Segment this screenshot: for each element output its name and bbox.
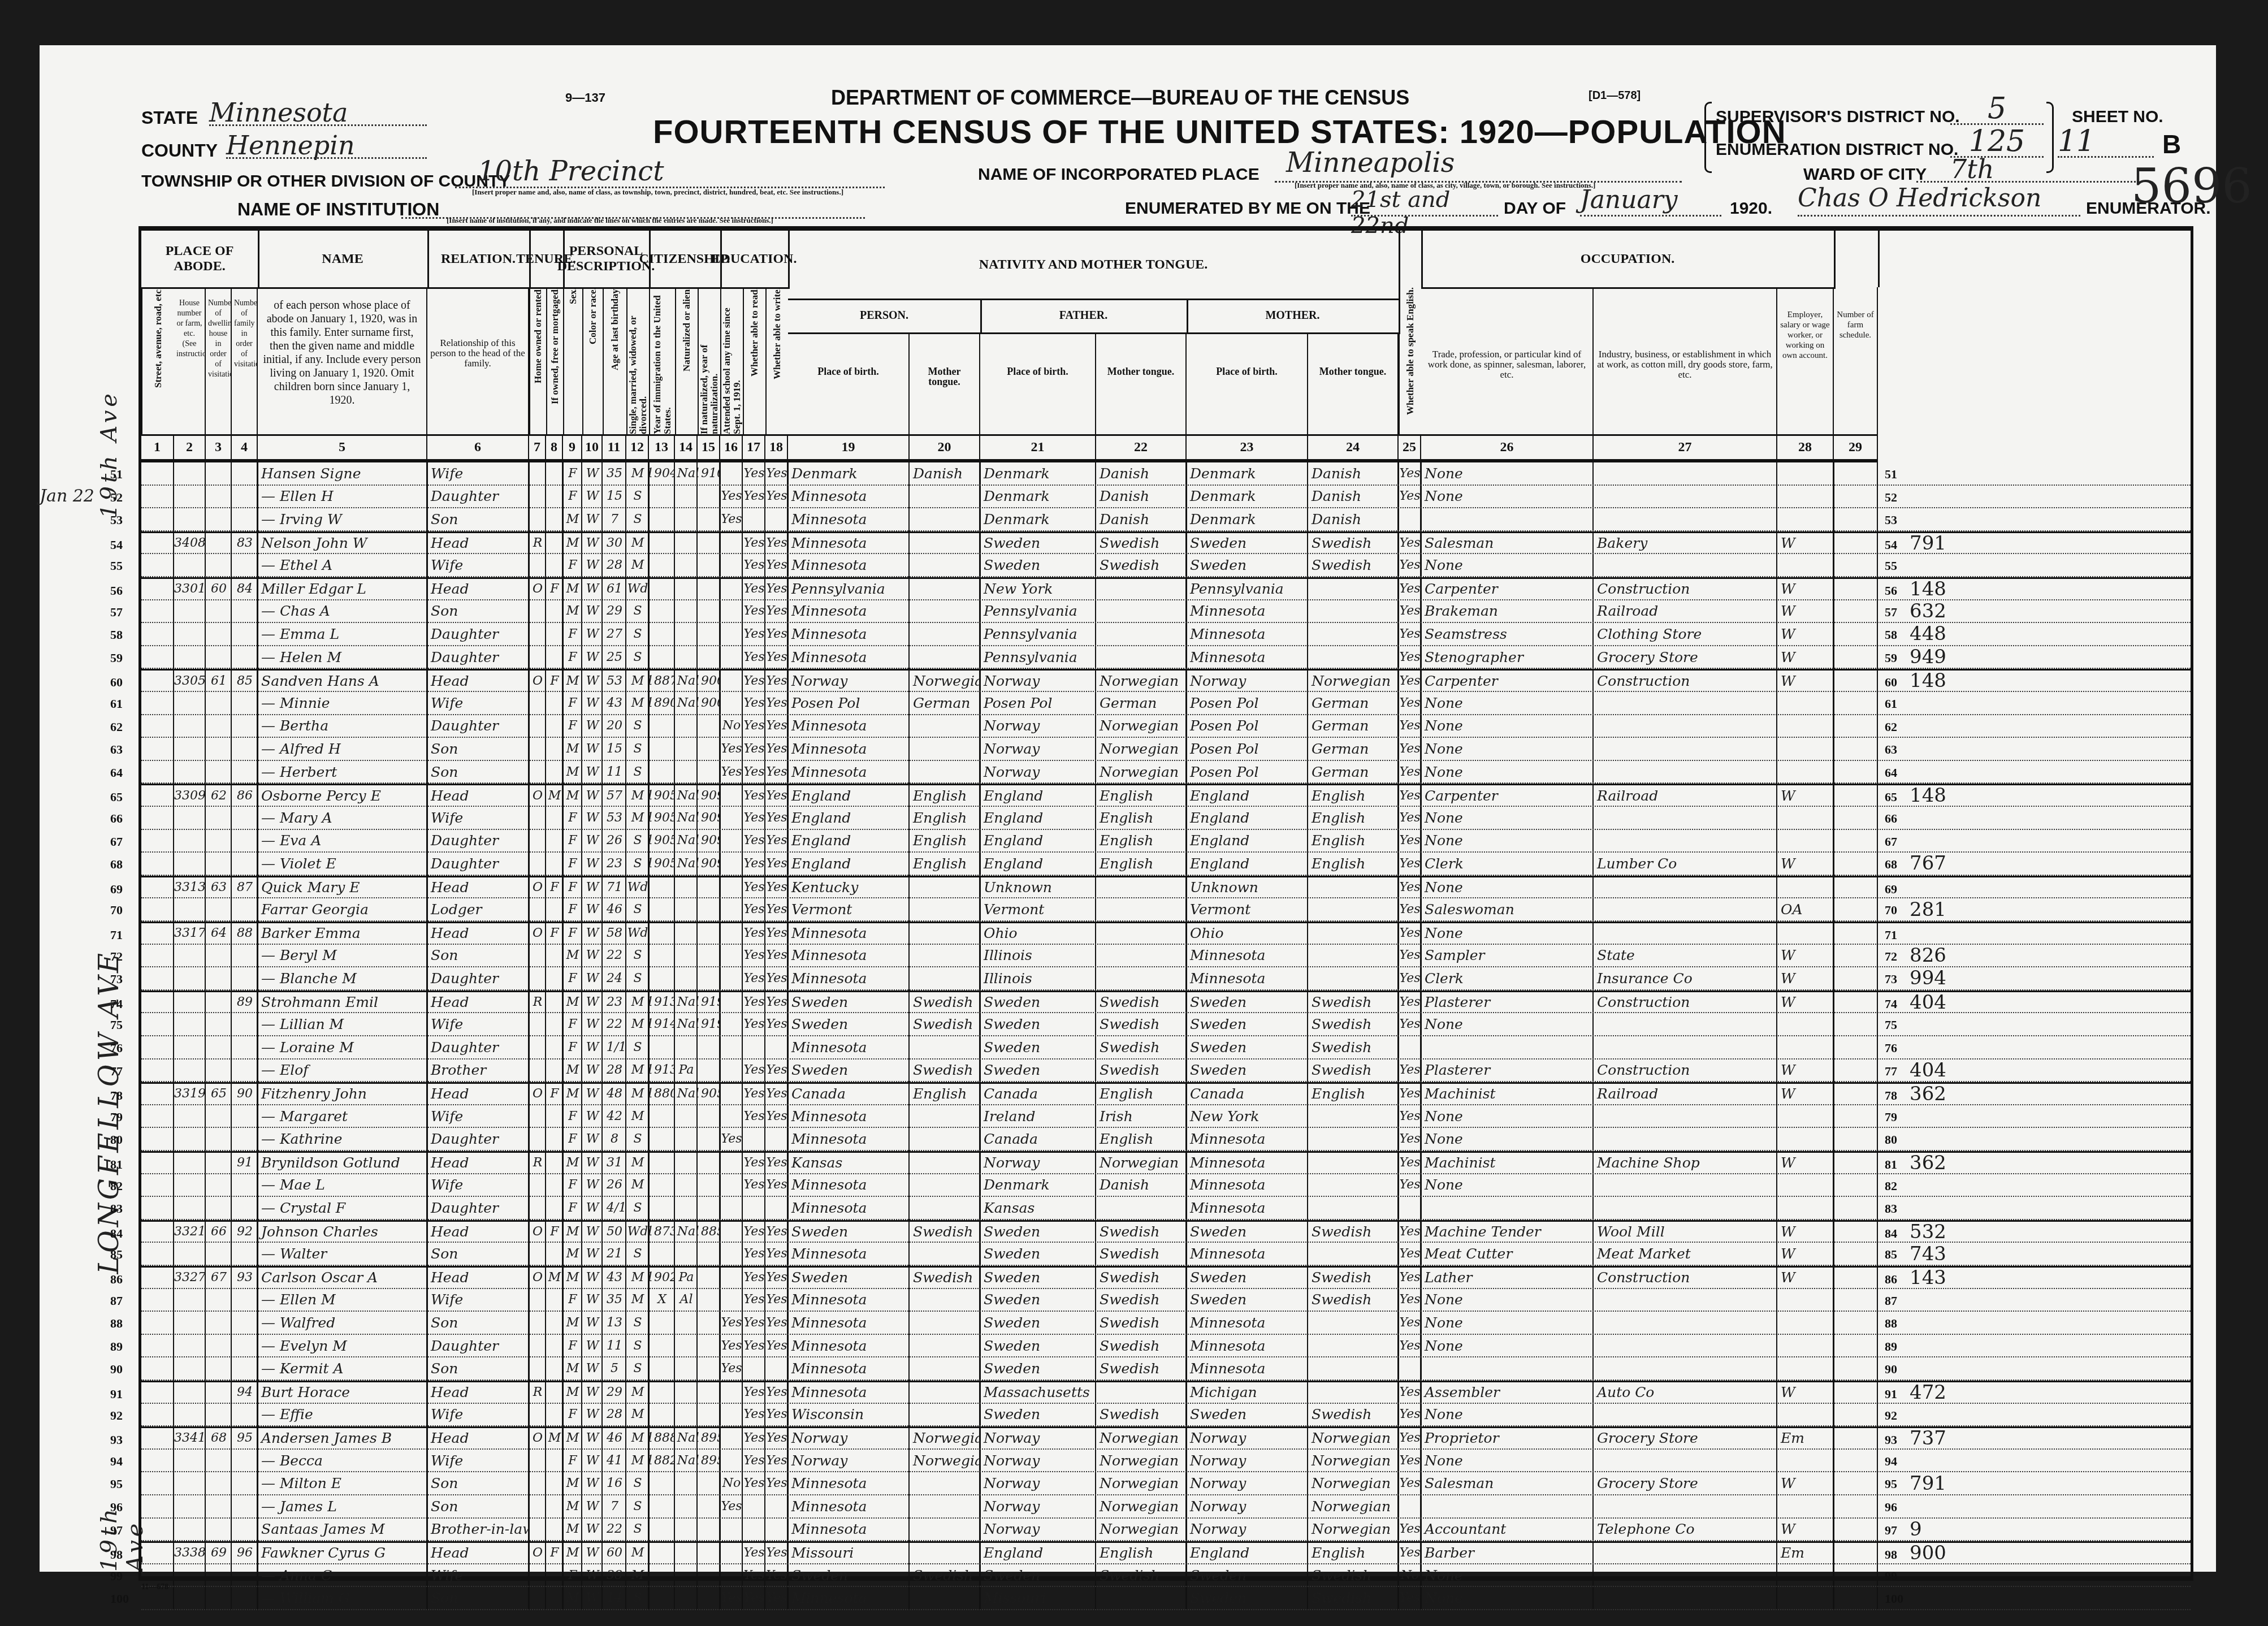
cell-pob: Minnesota <box>788 1382 910 1403</box>
line-number: 83 <box>110 1201 123 1216</box>
cell-tongue <box>910 1197 980 1219</box>
cell-mort <box>546 1357 563 1379</box>
ed-field: 125 <box>1950 124 2044 158</box>
cell-f_tongue: Swedish <box>1096 1268 1187 1288</box>
table-row: 7575— Lillian MWifeFW22M1914Na1919YesYes… <box>141 1013 2191 1036</box>
cell-school <box>720 992 743 1013</box>
cell-name: — Beryl M <box>258 945 427 967</box>
cell-sex: M <box>563 1587 582 1609</box>
line-number: 71 <box>110 928 123 942</box>
cell-f_pob: Sweden <box>980 1357 1096 1379</box>
cell-school <box>720 1222 743 1242</box>
cell-natyr <box>698 1335 720 1357</box>
cell-race: W <box>582 1450 603 1472</box>
table-row: 5252— Ellen HDaughterFW15SYesYesYesMinne… <box>141 486 2191 509</box>
cell-age: 26 <box>603 1174 626 1196</box>
line-number-right: 87 <box>1885 1294 1897 1308</box>
line-number-right: 52 <box>1885 490 1897 505</box>
cell-race: W <box>582 554 603 576</box>
column-number-28: 28 <box>1777 434 1834 462</box>
column-header-10: Color or race. <box>582 287 603 434</box>
census-title: FOURTEENTH CENSUS OF THE UNITED STATES: … <box>653 113 1786 151</box>
cell-relation: Son <box>427 1472 529 1494</box>
cell-f_tongue <box>1096 579 1187 599</box>
cell-natyr <box>698 508 720 530</box>
cell-age: 13 <box>603 1312 626 1334</box>
cell-f_pob: Norway <box>980 1495 1096 1517</box>
column-number-5: 5 <box>258 434 427 462</box>
cell-read: Yes <box>743 945 765 967</box>
cell-race: W <box>582 1428 603 1448</box>
column-number-27: 27 <box>1594 434 1777 462</box>
cell-write: Yes <box>765 1289 788 1311</box>
column-header-23: Place of birth. <box>1187 332 1308 434</box>
cell-m_tongue: Norwegian <box>1308 1495 1399 1517</box>
cell-write: Yes <box>765 715 788 737</box>
cell-name: — Becca <box>258 1450 427 1472</box>
cell-family: 96 <box>232 1543 258 1563</box>
cell-sex: F <box>563 830 582 852</box>
cell-code: 148 <box>1906 785 1957 806</box>
cell-sex: M <box>563 785 582 806</box>
cell-m_pob: New York <box>1187 1105 1308 1127</box>
line-number-right: 77 <box>1885 1064 1897 1079</box>
cell-imm: 1905 <box>649 807 675 829</box>
cell-age: 46 <box>603 1428 626 1448</box>
cell-imm <box>649 1587 675 1609</box>
cell-mort: F <box>546 877 563 898</box>
cell-natyr <box>698 1197 720 1219</box>
cell-english: Yes <box>1399 715 1421 737</box>
cell-industry <box>1594 554 1777 576</box>
cell-pob: Canada <box>788 1084 910 1104</box>
line-number-right: 97 <box>1885 1523 1897 1538</box>
cell-natyr: 1900 <box>698 692 720 714</box>
cell-name: — Irving W <box>258 508 427 530</box>
line-number: 79 <box>110 1110 123 1125</box>
cell-m_pob: Canada <box>1187 1084 1308 1104</box>
cell-natyr <box>698 1289 720 1311</box>
table-row: 6767— Eva ADaughterFW26S1905Na1909YesYes… <box>141 830 2191 853</box>
cell-mort: F <box>546 1084 563 1104</box>
cell-code: 826 <box>1906 945 1957 967</box>
cell-read: Yes <box>743 1060 765 1082</box>
cell-family <box>232 1564 258 1586</box>
cell-imm <box>649 967 675 989</box>
cell-name: — Kermit A <box>258 1357 427 1379</box>
cell-sex: M <box>563 533 582 553</box>
cell-read: Yes <box>743 1382 765 1403</box>
cell-name: — Mae L <box>258 1174 427 1196</box>
line-number-right: 55 <box>1885 559 1897 573</box>
cell-tongue <box>910 898 980 920</box>
line-number-right: 61 <box>1885 697 1897 711</box>
cell-relation: Wife <box>427 1013 529 1035</box>
column-header-29: Number of farm schedule. <box>1834 287 1878 434</box>
cell-trade: Carpenter <box>1421 785 1594 806</box>
cell-natyr <box>698 1519 720 1541</box>
cell-school <box>720 646 743 668</box>
cell-race: W <box>582 1084 603 1104</box>
cell-emp <box>1777 1197 1834 1219</box>
cell-tongue <box>910 715 980 737</box>
cell-pob: Minnesota <box>788 1174 910 1196</box>
cell-mort <box>546 738 563 760</box>
cell-trade: None <box>1421 692 1594 714</box>
table-row: 9494— BeccaWifeFW41M1882Na1895YesYesNorw… <box>141 1450 2191 1473</box>
cell-tongue: Swedish <box>910 1222 980 1242</box>
cell-dwelling <box>206 830 232 852</box>
line-number: 84 <box>110 1226 123 1241</box>
column-number-13: 13 <box>649 434 675 462</box>
cell-marital: M <box>626 1174 649 1196</box>
cell-name: — Violet E <box>258 853 427 875</box>
cell-owned <box>529 1243 546 1265</box>
cell-nat <box>675 877 698 898</box>
cell-owned <box>529 1060 546 1082</box>
cell-code: 994 <box>1906 967 1957 989</box>
cell-tongue: English <box>910 853 980 875</box>
cell-nat <box>675 738 698 760</box>
line-number-right: 96 <box>1885 1500 1897 1515</box>
cell-race: W <box>582 1243 603 1265</box>
cell-english: Yes <box>1399 738 1421 760</box>
line-number: 57 <box>110 605 123 620</box>
cell-family <box>232 462 258 485</box>
cell-nat <box>675 1357 698 1379</box>
cell-m_tongue: Danish <box>1308 462 1399 485</box>
cell-code <box>1906 1495 1957 1517</box>
cell-tongue <box>910 1472 980 1494</box>
column-number-7: 7 <box>529 434 546 462</box>
cell-m_tongue: Swedish <box>1308 1036 1399 1058</box>
cell-natyr <box>698 646 720 668</box>
cell-m_pob: Sweden <box>1187 1587 1308 1609</box>
cell-english: Yes <box>1399 1174 1421 1196</box>
cell-dwelling <box>206 945 232 967</box>
cell-imm <box>649 898 675 920</box>
cell-industry: State <box>1594 945 1777 967</box>
cell-marital: S <box>626 945 649 967</box>
cell-english: Yes <box>1399 600 1421 622</box>
cell-write: Yes <box>765 1243 788 1265</box>
cell-owned <box>529 1519 546 1541</box>
cell-pob: England <box>788 830 910 852</box>
cell-emp <box>1777 738 1834 760</box>
cell-marital: S <box>626 508 649 530</box>
cell-family <box>232 715 258 737</box>
cell-school <box>720 1105 743 1127</box>
cell-imm <box>649 554 675 576</box>
cell-mort <box>546 761 563 783</box>
day-of-label: DAY OF <box>1504 199 1566 218</box>
cell-nat: Na <box>675 1084 698 1104</box>
cell-code <box>1906 1404 1957 1426</box>
cell-m_tongue: Norwegian <box>1308 1519 1399 1541</box>
cell-tongue <box>910 1128 980 1150</box>
cell-race: W <box>582 646 603 668</box>
column-number-1: 1 <box>141 434 174 462</box>
sheet-field: 11 <box>2058 124 2154 158</box>
cell-natyr <box>698 923 720 944</box>
cell-industry <box>1594 738 1777 760</box>
cell-trade: Salesman <box>1421 533 1594 553</box>
cell-mort <box>546 1174 563 1196</box>
cell-english: Yes <box>1399 1128 1421 1150</box>
cell-nat: Na <box>675 692 698 714</box>
cell-race: W <box>582 1495 603 1517</box>
cell-tongue <box>910 1312 980 1334</box>
cell-age: 35 <box>603 1289 626 1311</box>
cell-read: Yes <box>743 967 765 989</box>
cell-house <box>174 1128 206 1150</box>
cell-marital: M <box>626 671 649 691</box>
cell-m_tongue: Norwegian <box>1308 1428 1399 1448</box>
cell-sex: F <box>563 877 582 898</box>
cell-imm <box>649 600 675 622</box>
cell-sex: F <box>563 554 582 576</box>
cell-imm <box>649 1404 675 1426</box>
cell-f_pob: Norway <box>980 715 1096 737</box>
cell-write <box>765 1519 788 1541</box>
table-row: 9292— EffieWifeFW28MYesYesWisconsinSwede… <box>141 1404 2191 1427</box>
column-header-7: Home owned or rented. <box>529 287 546 434</box>
cell-industry <box>1594 1450 1777 1472</box>
cell-school <box>720 898 743 920</box>
cell-imm <box>649 738 675 760</box>
cell-dwelling <box>206 486 232 508</box>
cell-relation: Daughter <box>427 830 529 852</box>
cell-sex: F <box>563 1564 582 1586</box>
cell-sex: M <box>563 600 582 622</box>
cell-school <box>720 600 743 622</box>
cell-code <box>1906 877 1957 898</box>
cell-race: W <box>582 600 603 622</box>
cell-natyr <box>698 1128 720 1150</box>
cell-name: Andersen James B <box>258 1428 427 1448</box>
cell-m_tongue <box>1308 967 1399 989</box>
cell-marital: M <box>626 1153 649 1173</box>
supervisor-label: SUPERVISOR'S DISTRICT NO. <box>1716 107 1960 127</box>
cell-imm <box>649 1519 675 1541</box>
cell-mort <box>546 1495 563 1517</box>
cell-age: 24 <box>603 967 626 989</box>
line-number-right: 59 <box>1885 651 1897 665</box>
cell-read <box>743 1128 765 1150</box>
cell-write: Yes <box>765 1060 788 1082</box>
cell-f_pob: Illinois <box>980 945 1096 967</box>
cell-f_tongue: Swedish <box>1096 533 1187 553</box>
cell-imm: 1904 <box>649 462 675 485</box>
cell-code <box>1906 692 1957 714</box>
line-number: 65 <box>110 790 123 805</box>
stamp-number: 5696 <box>2131 158 2252 214</box>
cell-trade: Proprietor <box>1421 1428 1594 1448</box>
cell-relation: Head <box>427 1153 529 1173</box>
cell-code <box>1906 508 1957 530</box>
table-row: 6161— MinnieWifeFW43M1890Na1900YesYesPos… <box>141 692 2191 715</box>
sheet-label: SHEET NO. <box>2072 107 2163 127</box>
cell-marital: S <box>626 1357 649 1379</box>
cell-emp <box>1777 1128 1834 1150</box>
cell-natyr: 1895 <box>698 1450 720 1472</box>
cell-owned <box>529 1128 546 1150</box>
cell-age: 57 <box>603 785 626 806</box>
cell-trade: None <box>1421 554 1594 576</box>
cell-f_pob: Pennsylvania <box>980 623 1096 645</box>
cell-english: Yes <box>1399 1335 1421 1357</box>
cell-age: 71 <box>603 877 626 898</box>
cell-m_pob: Minnesota <box>1187 1243 1308 1265</box>
cell-tongue <box>910 508 980 530</box>
department-title: DEPARTMENT OF COMMERCE—BUREAU OF THE CEN… <box>831 86 1409 110</box>
cell-pob: Norway <box>788 671 910 691</box>
cell-family: 87 <box>232 877 258 898</box>
cell-imm: 1905 <box>649 785 675 806</box>
cell-read: Yes <box>743 1243 765 1265</box>
cell-owned <box>529 830 546 852</box>
cell-tongue: English <box>910 1084 980 1104</box>
cell-pob: Minnesota <box>788 1289 910 1311</box>
cell-tongue: German <box>910 692 980 714</box>
cell-nat: Na <box>675 1428 698 1448</box>
institution-note: [Insert name of institution, if any, and… <box>447 216 773 225</box>
cell-marital: M <box>626 1268 649 1288</box>
cell-age: 23 <box>603 992 626 1013</box>
cell-house <box>174 486 206 508</box>
cell-write <box>765 1357 788 1379</box>
cell-natyr <box>698 1587 720 1609</box>
cell-write: Yes <box>765 671 788 691</box>
cell-pob: Minnesota <box>788 1128 910 1150</box>
cell-age: 14 <box>603 1587 626 1609</box>
cell-dwelling: 62 <box>206 785 232 806</box>
cell-name: — Bertha <box>258 715 427 737</box>
line-number: 73 <box>110 972 123 987</box>
cell-mort <box>546 715 563 737</box>
cell-relation: Son <box>427 600 529 622</box>
cell-industry: Railroad <box>1594 785 1777 806</box>
cell-m_tongue: Swedish <box>1308 533 1399 553</box>
cell-family <box>232 1289 258 1311</box>
cell-race: W <box>582 1472 603 1494</box>
cell-family: 83 <box>232 533 258 553</box>
cell-dwelling <box>206 623 232 645</box>
cell-tongue: Swedish <box>910 1013 980 1035</box>
cell-imm <box>649 1105 675 1127</box>
cell-imm <box>649 945 675 967</box>
cell-code <box>1906 486 1957 508</box>
cell-family: 86 <box>232 785 258 806</box>
column-number-10: 10 <box>582 434 603 462</box>
cell-write <box>765 508 788 530</box>
cell-family <box>232 807 258 829</box>
cell-write: Yes <box>765 1450 788 1472</box>
cell-natyr: 1905 <box>698 1084 720 1104</box>
cell-f_pob: Posen Pol <box>980 692 1096 714</box>
cell-age: 7 <box>603 508 626 530</box>
cell-trade: None <box>1421 761 1594 783</box>
cell-mort <box>546 1450 563 1472</box>
line-number: 98 <box>110 1547 123 1562</box>
cell-dwelling <box>206 1060 232 1082</box>
cell-write: Yes <box>765 1174 788 1196</box>
cell-english: Yes <box>1399 1105 1421 1127</box>
cell-dwelling <box>206 1587 232 1609</box>
cell-f_pob: Norway <box>980 1450 1096 1472</box>
cell-emp <box>1777 1450 1834 1472</box>
column-header-24: Mother tongue. <box>1308 332 1399 434</box>
cell-dwelling <box>206 1013 232 1035</box>
line-number: 91 <box>110 1387 123 1402</box>
cell-owned <box>529 1312 546 1334</box>
cell-name: — Ellen M <box>258 1289 427 1311</box>
line-number-right: 86 <box>1885 1272 1897 1287</box>
line-number: 99 <box>110 1569 123 1584</box>
cell-house <box>174 1197 206 1219</box>
incorporated-field: Minneapolis <box>1275 147 1682 183</box>
cell-m_pob: Sweden <box>1187 1036 1308 1058</box>
cell-f_pob: Denmark <box>980 486 1096 508</box>
line-number-right: 85 <box>1885 1247 1897 1262</box>
cell-english: Yes <box>1399 992 1421 1013</box>
cell-family <box>232 1197 258 1219</box>
cell-english: Yes <box>1399 1519 1421 1541</box>
cell-family <box>232 761 258 783</box>
cell-write: Yes <box>765 1222 788 1242</box>
line-number-right: 68 <box>1885 857 1897 872</box>
cell-name: Burt Horace <box>258 1382 427 1403</box>
cell-nat: Na <box>675 853 698 875</box>
form-code: [D1—578] <box>1589 89 1641 102</box>
cell-industry <box>1594 1105 1777 1127</box>
cell-m_tongue <box>1308 623 1399 645</box>
cell-tongue <box>910 646 980 668</box>
cell-trade: None <box>1421 1289 1594 1311</box>
cell-imm: 1913 <box>649 992 675 1013</box>
cell-read: Yes <box>743 692 765 714</box>
table-row: 5151Hansen SigneWifeFW35M1904Na1910YesYe… <box>141 462 2191 486</box>
cell-pob: Sweden <box>788 1060 910 1082</box>
line-number: 95 <box>110 1477 123 1491</box>
cell-marital: Wd <box>626 923 649 944</box>
cell-name: Brynildson Gotlund <box>258 1153 427 1173</box>
line-number: 56 <box>110 583 123 598</box>
cell-sex: M <box>563 992 582 1013</box>
cell-age: 21 <box>603 1243 626 1265</box>
cell-pob: Minnesota <box>788 1472 910 1494</box>
cell-relation: Son <box>427 1587 529 1609</box>
cell-school <box>720 1036 743 1058</box>
cell-english <box>1399 508 1421 530</box>
line-number-right: 66 <box>1885 811 1897 826</box>
cell-dwelling: 60 <box>206 579 232 599</box>
cell-write: Yes <box>765 1428 788 1448</box>
cell-f_pob: Norway <box>980 1153 1096 1173</box>
cell-sex: M <box>563 945 582 967</box>
cell-emp: W <box>1777 1472 1834 1494</box>
cell-family <box>232 554 258 576</box>
cell-family <box>232 1312 258 1334</box>
cell-nat <box>675 1036 698 1058</box>
cell-english: Yes <box>1399 692 1421 714</box>
cell-tongue <box>910 1036 980 1058</box>
cell-industry <box>1594 486 1777 508</box>
cell-relation: Daughter <box>427 1197 529 1219</box>
cell-industry <box>1594 1197 1777 1219</box>
cell-tongue <box>910 738 980 760</box>
cell-code: 362 <box>1906 1084 1957 1104</box>
